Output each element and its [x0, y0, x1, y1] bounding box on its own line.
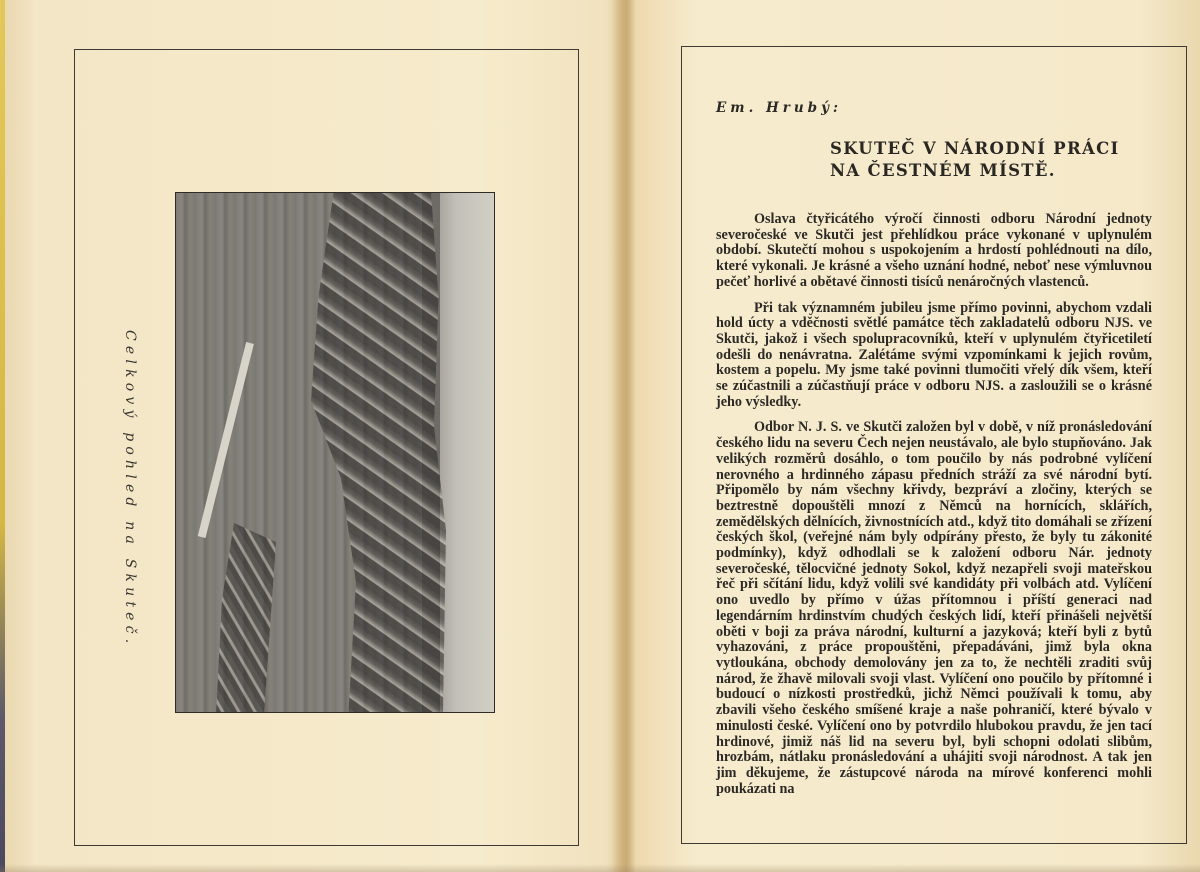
paragraph-2: Při tak významném jubileu jsme přímo pov… [716, 301, 1152, 411]
title-line-2: NA ČESTNÉM MÍSTĚ. [830, 160, 1160, 182]
paragraph-3: Odbor N. J. S. ve Skutči založen byl v d… [716, 420, 1152, 797]
book-gutter [612, 0, 636, 872]
article-body: Oslava čtyřicátého výročí činnosti odbor… [716, 212, 1152, 797]
town-panorama-photo [175, 192, 495, 713]
paragraph-1: Oslava čtyřicátého výročí činnosti odbor… [716, 212, 1152, 291]
page-bottom-shadow [0, 864, 1200, 872]
article-title: SKUTEČ V NÁRODNÍ PRÁCI NA ČESTNÉM MÍSTĚ. [830, 138, 1160, 182]
photo-caption: Celkový pohled na Skuteč. [122, 330, 138, 648]
photo-sky [440, 193, 494, 712]
title-line-1: SKUTEČ V NÁRODNÍ PRÁCI [830, 138, 1160, 160]
article-author: Em. Hrubý: [716, 100, 842, 116]
cover-edge [0, 0, 5, 872]
